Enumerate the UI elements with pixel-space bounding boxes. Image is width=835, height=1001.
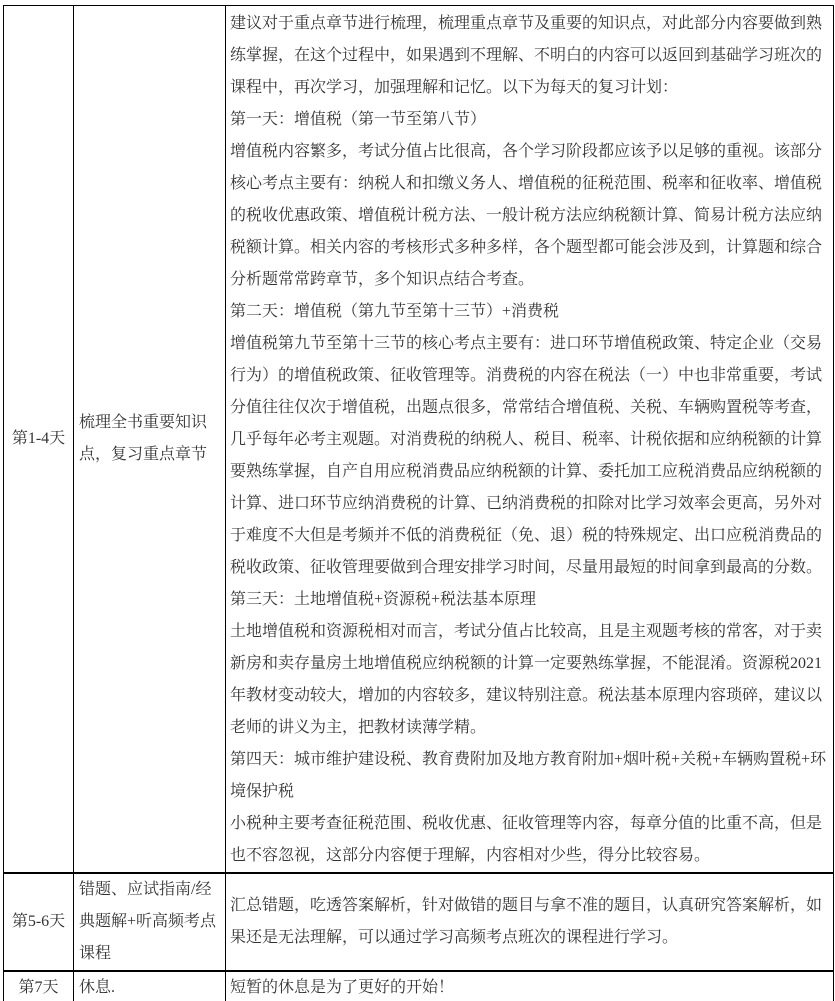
task-cell: 错题、应试指南/经典题解+听高频考点课程 [74, 873, 226, 971]
paragraph: 汇总错题，吃透答案解析，针对做错的题目与拿不准的题目，认真研究答案解析，如果还是… [230, 890, 830, 954]
table-row: 第7天 休息. 短暂的休息是为了更好的开始！ [4, 971, 834, 1001]
day-range-cell: 第7天 [4, 971, 74, 1001]
detail-cell: 汇总错题，吃透答案解析，针对做错的题目与拿不准的题目，认真研究答案解析，如果还是… [226, 873, 834, 971]
paragraph: 增值税内容繁多，考试分值占比很高，各个学习阶段都应该予以足够的重视。该部分核心考… [230, 136, 830, 296]
day-range-cell: 第1-4天 [4, 6, 74, 874]
paragraph: 第三天：土地增值税+资源税+税法基本原理 [230, 584, 830, 616]
detail-cell: 建议对于重点章节进行梳理，梳理重点章节及重要的知识点，对此部分内容要做到熟练掌握… [226, 6, 834, 874]
paragraph: 建议对于重点章节进行梳理，梳理重点章节及重要的知识点，对此部分内容要做到熟练掌握… [230, 8, 830, 104]
paragraph: 土地增值税和资源税相对而言，考试分值占比较高，且是主观题考核的常客，对于卖新房和… [230, 616, 830, 744]
detail-cell: 短暂的休息是为了更好的开始！ [226, 971, 834, 1001]
study-plan-table: 第1-4天 梳理全书重要知识点，复习重点章节 建议对于重点章节进行梳理，梳理重点… [3, 5, 834, 1001]
paragraph: 第一天：增值税（第一节至第八节） [230, 104, 830, 136]
task-cell: 梳理全书重要知识点，复习重点章节 [74, 6, 226, 874]
task-cell: 休息. [74, 971, 226, 1001]
day-range-cell: 第5-6天 [4, 873, 74, 971]
table-row: 第5-6天 错题、应试指南/经典题解+听高频考点课程 汇总错题，吃透答案解析，针… [4, 873, 834, 971]
paragraph: 小税种主要考查征税范围、税收优惠、征收管理等内容，每章分值的比重不高，但是也不容… [230, 808, 830, 872]
study-plan-document: 第1-4天 梳理全书重要知识点，复习重点章节 建议对于重点章节进行梳理，梳理重点… [0, 5, 835, 1001]
paragraph: 第四天：城市维护建设税、教育费附加及地方教育附加+烟叶税+关税+车辆购置税+环境… [230, 744, 830, 808]
paragraph: 第二天：增值税（第九节至第十三节）+消费税 [230, 296, 830, 328]
table-row: 第1-4天 梳理全书重要知识点，复习重点章节 建议对于重点章节进行梳理，梳理重点… [4, 6, 834, 874]
paragraph: 短暂的休息是为了更好的开始！ [230, 972, 830, 1001]
paragraph: 增值税第九节至第十三节的核心考点主要有：进口环节增值税政策、特定企业（交易行为）… [230, 328, 830, 584]
